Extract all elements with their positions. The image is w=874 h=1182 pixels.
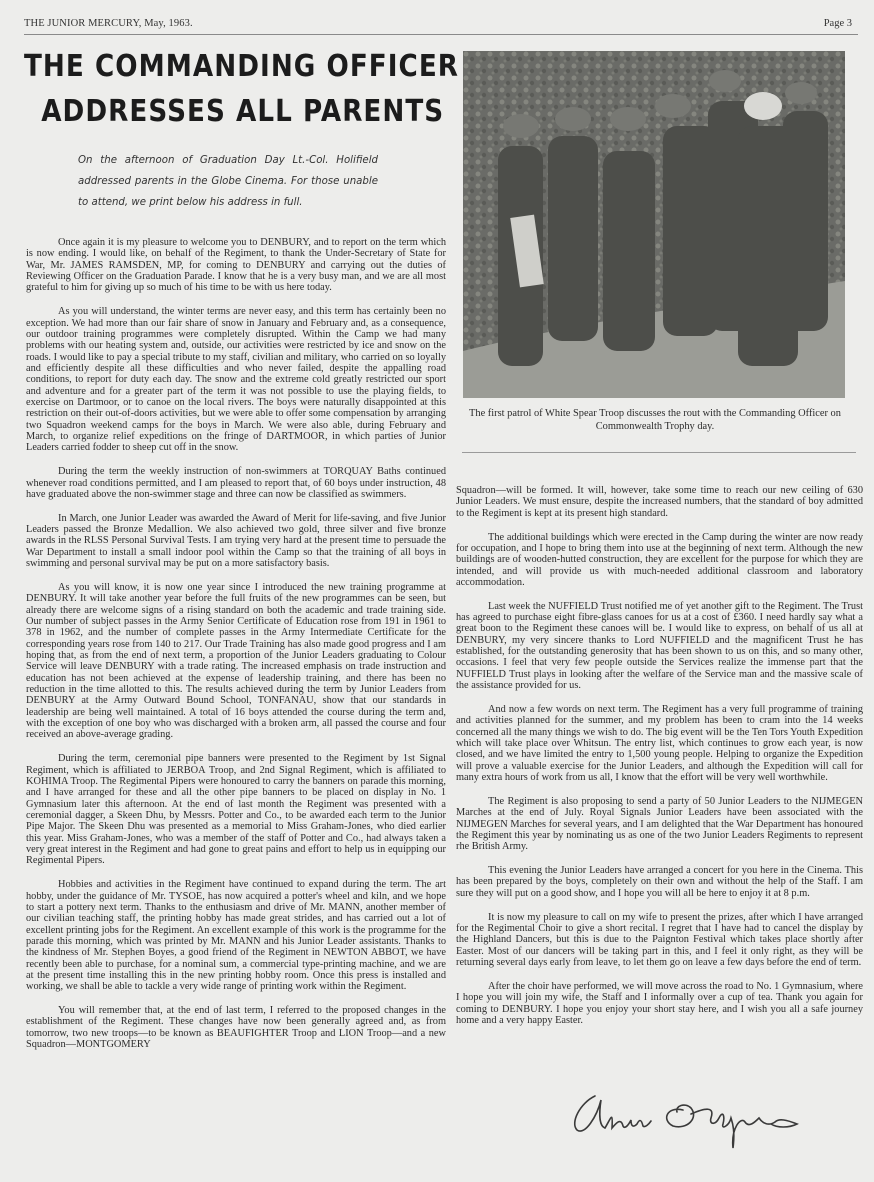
paragraph: It is now my pleasure to call on my wife… bbox=[456, 912, 863, 969]
left-column: Once again it is my pleasure to welcome … bbox=[26, 237, 446, 1063]
headline-line-2: ADDRESSES ALL PARENTS bbox=[24, 89, 385, 134]
paragraph: As you will know, it is now one year sin… bbox=[26, 582, 446, 741]
photo-caption: The first patrol of White Spear Troop di… bbox=[460, 408, 850, 433]
article-standfirst: On the afternoon of Graduation Day Lt.-C… bbox=[78, 150, 378, 213]
paragraph: The additional buildings which were erec… bbox=[456, 532, 863, 589]
page-header: THE JUNIOR MERCURY, May, 1963. Page 3 bbox=[24, 14, 858, 35]
signature-handwriting-icon: Alan Holifield bbox=[565, 1088, 805, 1158]
page-number: Page 3 bbox=[824, 18, 852, 29]
paragraph: And now a few words on next term. The Re… bbox=[456, 704, 863, 783]
paragraph: The Regiment is also proposing to send a… bbox=[456, 796, 863, 853]
paragraph: As you will understand, the winter terms… bbox=[26, 306, 446, 453]
paragraph: You will remember that, at the end of la… bbox=[26, 1005, 446, 1050]
signature: Alan Holifield bbox=[565, 1088, 805, 1158]
publication-title: THE JUNIOR MERCURY, May, 1963. bbox=[24, 18, 193, 29]
paragraph: During the term, ceremonial pipe banners… bbox=[26, 753, 446, 866]
article-photo bbox=[463, 51, 845, 398]
paragraph: Hobbies and activities in the Regiment h… bbox=[26, 879, 446, 992]
caption-divider bbox=[462, 452, 856, 453]
photo-soldiers-group-image bbox=[463, 51, 845, 398]
paragraph: In March, one Junior Leader was awarded … bbox=[26, 513, 446, 570]
paragraph: During the term the weekly instruction o… bbox=[26, 466, 446, 500]
paragraph: Last week the NUFFIELD Trust notified me… bbox=[456, 601, 863, 692]
paragraph: Squadron—will be formed. It will, howeve… bbox=[456, 485, 863, 519]
paragraph: This evening the Junior Leaders have arr… bbox=[456, 865, 863, 899]
paragraph: Once again it is my pleasure to welcome … bbox=[26, 237, 446, 294]
right-column: Squadron—will be formed. It will, howeve… bbox=[456, 485, 863, 1039]
article-headline: THE COMMANDING OFFICER ADDRESSES ALL PAR… bbox=[24, 44, 385, 134]
headline-line-1: THE COMMANDING OFFICER bbox=[24, 44, 385, 89]
paragraph: After the choir have performed, we will … bbox=[456, 981, 863, 1026]
